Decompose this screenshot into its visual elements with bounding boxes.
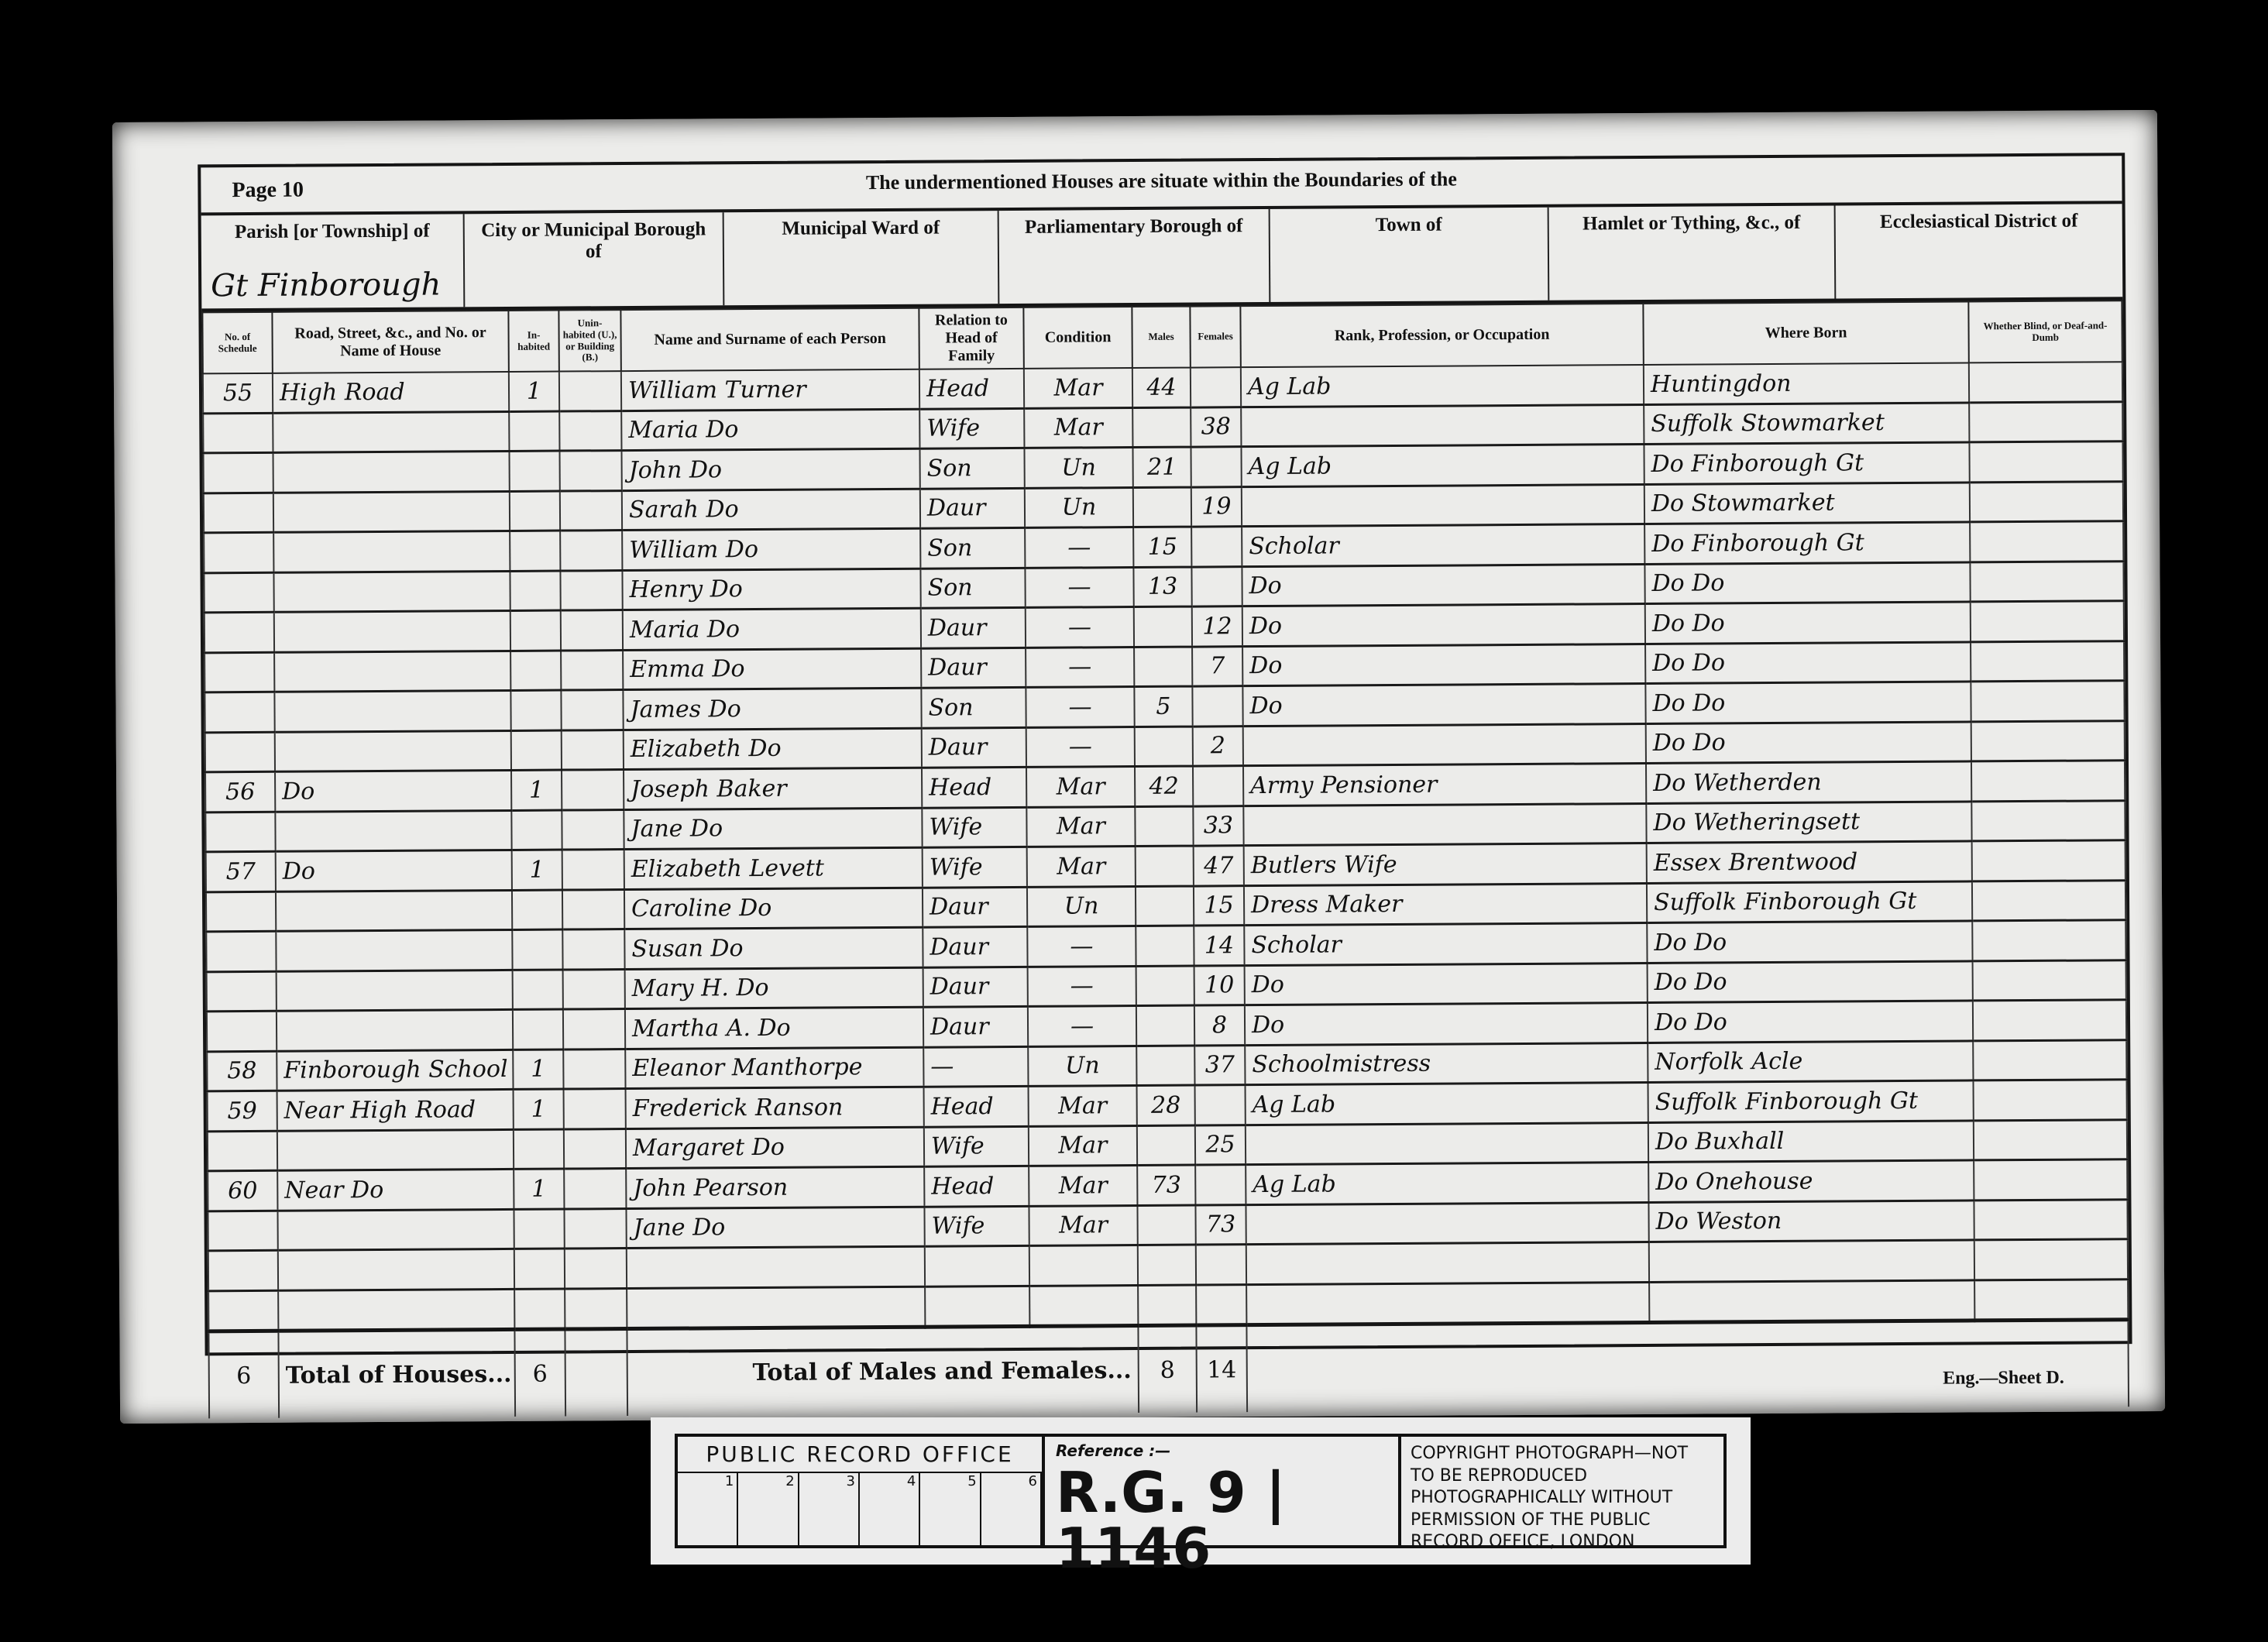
division-city: City or Municipal Borough of [465,212,725,307]
cell-name: Elizabeth Levett [624,847,923,889]
boundary-title: The undermentioned Houses are situate wi… [201,163,2122,198]
cell-female-age: 7 [1192,646,1242,686]
cell-born: Suffolk Finborough Gt [1648,1080,1974,1122]
cell-name: James Do [623,688,921,730]
cell-condition: Mar [1024,407,1132,448]
cell-uninhabited [559,451,621,491]
cell-uninhabited [562,730,624,770]
cell-road: Finborough School [277,1049,513,1091]
cell-male-age [1136,926,1194,966]
cell-female-age: 12 [1192,606,1242,647]
cell-female-age [1195,1085,1246,1125]
cell-born: Do Do [1646,721,1971,763]
cell-blind [1973,1000,2126,1041]
cell-schedule [203,413,273,453]
cell-occupation: Do [1242,604,1645,647]
cell-schedule [204,493,273,533]
cell-relation: Daur [921,607,1026,648]
cell-male-age: 73 [1137,1165,1195,1205]
cell-born: Do Do [1645,641,1971,683]
col-born: Where Born [1643,301,1968,365]
cell-blind [1973,1039,2126,1080]
cell-occupation [1243,723,1646,766]
cell-born: Do Do [1648,960,1973,1002]
cell-born: Do Do [1648,1001,1973,1043]
division-town: Town of [1270,208,1550,302]
cell-uninhabited [563,1009,625,1049]
cell-uninhabited [564,1089,626,1129]
cell-male-age [1133,487,1191,527]
cell-male-age [1136,966,1194,1006]
cell-road [273,571,510,612]
cell-blind [1972,880,2125,921]
cell-female-age [1191,527,1242,567]
cell-male-age [1137,1205,1195,1245]
cell-born [1649,1280,1974,1322]
cell-road [274,690,510,731]
cell-male-age [1136,886,1194,926]
administrative-divisions: Parish [or Township] ofGt Finborough Cit… [201,204,2123,312]
cell-uninhabited [560,570,622,610]
cell-male-age: 13 [1133,567,1191,607]
cell-born: Do Buxhall [1648,1120,1974,1162]
cell-name: Eleanor Manthorpe [625,1047,923,1089]
cell-uninhabited [562,929,624,970]
cell-male-age [1136,1005,1194,1046]
cell-name: Martha A. Do [625,1007,923,1049]
cell-schedule [204,532,273,572]
cell-schedule: 55 [203,373,273,414]
cell-occupation: Do [1245,1002,1648,1045]
col-condition: Condition [1023,307,1132,369]
cell-inhabited [514,1249,565,1289]
census-sheet: Page 10 The undermentioned Houses are si… [112,110,2165,1424]
cell-born: Do Do [1645,602,1971,644]
cell-road: Do [275,770,511,811]
cell-schedule [206,891,276,932]
cell-male-age [1132,407,1191,448]
cell-uninhabited [564,1128,626,1169]
cell-occupation [1246,1282,1649,1325]
cell-male-age [1135,806,1193,847]
cell-schedule [207,1011,277,1051]
cell-inhabited [514,1209,564,1249]
cell-road: High Road [273,372,509,413]
cell-schedule: 60 [208,1170,277,1211]
cell-condition: — [1026,727,1135,767]
cell-born: Do Do [1647,921,1972,963]
column-headers: No. of Schedule Road, Street, &c., and N… [202,301,2122,373]
cell-road [276,890,512,931]
cell-female-age: 37 [1194,1045,1245,1085]
cell-occupation: Do [1242,644,1645,686]
cell-condition: Mar [1026,806,1135,847]
cell-condition: — [1027,926,1136,967]
col-relation: Relation to Head of Family [919,307,1023,369]
cell-inhabited [510,531,560,571]
cell-name: Maria Do [621,409,919,451]
cell-name: John Do [621,448,919,490]
col-schedule: No. of Schedule [202,312,272,374]
cell-schedule [208,1211,277,1251]
cell-name [627,1246,925,1288]
cell-condition: Mar [1024,368,1132,408]
cell-condition: — [1028,1006,1136,1046]
cell-uninhabited [559,410,621,451]
office-name: PUBLIC RECORD OFFICE [678,1437,1042,1473]
cell-female-age: 38 [1191,407,1241,447]
cell-uninhabited [563,969,625,1009]
division-parliamentary-borough: Parliamentary Borough of [999,209,1271,304]
cell-condition: Un [1027,886,1136,926]
cell-condition: Mar [1029,1205,1137,1245]
cell-name: William Turner [621,369,919,410]
cell-name: Caroline Do [624,888,923,929]
cell-uninhabited [562,770,624,810]
cell-occupation: Scholar [1244,922,1647,965]
cell-relation: Head [924,1086,1029,1126]
cell-relation [925,1286,1029,1327]
cell-male-age [1137,1125,1195,1166]
cell-blind [1970,481,2123,522]
cell-born: Do Stowmarket [1644,482,1970,524]
cell-relation: Son [920,527,1025,568]
cell-relation: Son [919,448,1024,488]
cell-female-age: 14 [1194,926,1244,966]
cell-relation: Daur [923,887,1027,927]
cell-inhabited [512,890,562,930]
scale-ruler: 1 2 3 4 5 6 [678,1473,1042,1545]
cell-road [278,1289,514,1331]
cell-condition [1029,1245,1138,1286]
cell-blind [1974,1279,2128,1321]
census-form-frame: Page 10 The undermentioned Houses are si… [198,153,2132,1355]
cell-occupation [1246,1202,1648,1245]
cell-schedule [205,812,275,852]
cell-inhabited [509,451,559,491]
cell-blind [1974,1239,2128,1280]
cell-road: Do [276,850,512,891]
cell-relation: Daur [921,648,1026,688]
cell-condition [1029,1285,1138,1326]
cell-name: Jane Do [624,808,922,850]
cell-occupation [1246,1122,1648,1165]
cell-condition: Mar [1027,847,1136,887]
cell-name: Joseph Baker [624,768,922,809]
cell-condition: — [1025,527,1133,568]
cell-road [274,610,510,651]
cell-relation: Daur [920,488,1025,528]
cell-female-age: 25 [1195,1125,1246,1165]
cell-schedule: 56 [205,771,275,812]
cell-name: Margaret Do [626,1127,924,1169]
total-females: 14 [1196,1325,1247,1413]
total-schedules: 6 [208,1331,279,1418]
cell-name: Sarah Do [622,489,920,531]
cell-uninhabited [561,690,623,730]
cell-inhabited [509,411,559,452]
cell-female-age [1191,367,1241,407]
cell-occupation: Ag Lab [1246,1082,1648,1125]
cell-relation: Son [920,568,1025,608]
cell-occupation [1246,1242,1649,1284]
cell-male-age: 21 [1132,447,1191,487]
cell-male-age: 44 [1132,368,1191,407]
sheet-note: Eng.—Sheet D. [1943,1368,2064,1390]
cell-road [277,1129,514,1170]
cell-occupation: Ag Lab [1246,1162,1648,1204]
cell-relation: Daur [922,727,1026,768]
col-inhabited: In-habited [508,311,558,372]
cell-condition: — [1026,607,1134,648]
copyright-notice: COPYRIGHT PHOTOGRAPH—NOT TO BE REPRODUCE… [1401,1437,1723,1545]
cell-female-age [1195,1165,1246,1205]
cell-road [277,1009,513,1050]
cell-occupation: Do [1242,684,1645,727]
cell-road [274,651,510,692]
cell-condition: — [1026,647,1134,687]
cell-male-age: 15 [1133,527,1191,567]
cell-road [277,1209,514,1250]
cell-name: Jane Do [626,1207,924,1249]
cell-uninhabited [564,1169,626,1209]
cell-schedule: 58 [207,1051,277,1091]
cell-born: Suffolk Finborough Gt [1647,881,1972,922]
cell-uninhabited [562,889,624,929]
cell-relation [925,1245,1029,1286]
cell-road [275,730,511,771]
cell-name: Mary H. Do [625,967,923,1009]
cell-blind [1969,362,2122,402]
cell-inhabited: 1 [514,1089,564,1129]
cell-female-age [1191,447,1241,487]
cell-schedule [205,732,275,772]
cell-female-age [1196,1284,1246,1325]
cell-occupation: Dress Maker [1244,883,1647,926]
cell-condition: Mar [1029,1166,1137,1206]
cell-relation: Head [922,767,1026,807]
cell-female-age: 73 [1195,1204,1246,1245]
cell-relation: — [923,1046,1028,1087]
cell-born: Do Wetheringsett [1646,801,1971,843]
cell-inhabited: 1 [514,1169,564,1209]
cell-female-age: 33 [1193,806,1243,846]
cell-inhabited [512,929,562,970]
cell-schedule [204,692,274,732]
cell-schedule [207,971,277,1012]
cell-road [276,929,512,970]
cell-blind [1972,920,2125,961]
cell-road [273,491,510,532]
cell-occupation [1242,484,1644,527]
cell-female-age [1192,686,1242,727]
cell-born: Essex Brentwood [1647,841,1972,883]
cell-blind [1972,840,2125,881]
cell-male-age [1134,606,1192,647]
cell-schedule [208,1131,277,1171]
cell-blind [1971,761,2125,802]
cell-schedule: 59 [208,1091,277,1131]
cell-name: Frederick Ranson [626,1087,924,1128]
cell-male-age [1135,727,1193,767]
cell-occupation [1243,803,1646,846]
cell-road [273,451,510,492]
cell-relation: Wife [922,807,1026,847]
cell-schedule [204,572,273,613]
cell-road [273,411,509,452]
cell-female-age [1193,766,1243,806]
cell-born: Do Finborough Gt [1644,442,1969,484]
cell-road [273,531,510,572]
cell-condition: Mar [1029,1086,1137,1126]
cell-occupation: Ag Lab [1241,365,1644,407]
cell-inhabited [510,651,561,691]
cell-condition: Mar [1026,767,1135,807]
cell-condition: — [1026,687,1134,727]
cell-female-age [1196,1245,1246,1285]
cell-uninhabited [564,1208,626,1249]
cell-blind [1971,601,2124,642]
total-persons-label: Total of Males and Females... [627,1326,1139,1417]
cell-inhabited [510,491,560,531]
cell-uninhabited [565,1249,627,1289]
col-name: Name and Surname of each Person [620,308,919,371]
cell-inhabited: 1 [512,850,562,890]
cell-female-age: 19 [1191,486,1242,527]
col-females: Females [1190,306,1240,367]
cell-inhabited: 1 [511,770,562,810]
cell-blind [1974,1159,2127,1201]
cell-uninhabited [562,809,624,850]
cell-inhabited [511,810,562,850]
cell-name: Elizabeth Do [624,728,922,770]
col-uninhabited: Unin-habited (U.), or Building (B.) [558,310,620,371]
cell-born: Do Weston [1648,1200,1974,1242]
cell-name: Susan Do [624,927,923,969]
cell-occupation: Scholar [1242,524,1644,567]
cell-uninhabited [560,490,622,531]
cell-schedule [204,452,273,493]
cell-name: Emma Do [623,648,921,690]
cell-uninhabited [560,531,622,571]
cell-road [278,1249,514,1290]
cell-schedule [204,612,274,652]
cell-blind [1970,561,2123,602]
cell-male-age [1138,1285,1196,1326]
cell-blind [1974,1199,2127,1240]
total-males: 8 [1138,1325,1197,1413]
division-hamlet: Hamlet or Tything, &c., of [1549,205,1837,300]
cell-relation: Daur [923,926,1027,967]
cell-born: Do Do [1645,682,1971,723]
cell-blind [1971,720,2125,761]
cell-born: Do Do [1644,562,1970,603]
cell-blind [1971,681,2124,722]
cell-female-age [1191,566,1242,606]
totals-row: 6 Total of Houses... 6 Total of Males an… [208,1320,2129,1419]
reference-number: R.G. 9 | 1146 [1056,1465,1387,1576]
cell-blind [1974,1119,2127,1160]
cell-relation: Daur [923,1006,1028,1046]
cell-occupation: Army Pensioner [1243,763,1646,806]
cell-schedule [206,931,276,971]
cell-relation: Wife [919,408,1024,448]
cell-born: Do Finborough Gt [1644,522,1970,564]
cell-schedule [208,1290,278,1331]
cell-uninhabited [559,371,621,410]
cell-road [275,810,511,851]
cell-relation: Head [924,1166,1029,1206]
cell-born: Suffolk Stowmarket [1644,402,1969,444]
cell-inhabited: 1 [509,372,559,411]
division-ecclesiastical: Ecclesiastical District of [1836,204,2123,298]
cell-condition: — [1028,966,1136,1006]
cell-born: Norfolk Acle [1648,1040,1973,1082]
cell-schedule [204,652,274,692]
cell-male-age: 42 [1135,766,1193,806]
cell-inhabited: 1 [513,1049,563,1090]
public-record-office-stamp: PUBLIC RECORD OFFICE 1 2 3 4 5 6 Referen… [651,1417,1751,1565]
cell-condition: Un [1024,448,1132,488]
cell-uninhabited [561,610,623,651]
cell-blind [1969,441,2122,483]
cell-occupation: Schoolmistress [1245,1043,1648,1085]
cell-inhabited [514,1289,565,1330]
cell-name: William Do [622,528,920,570]
cell-relation: Head [919,369,1024,409]
cell-schedule [208,1250,278,1290]
cell-condition: Un [1025,487,1133,527]
cell-male-age: 28 [1137,1085,1195,1125]
cell-born: Huntingdon [1644,362,1969,404]
cell-road: Near Do [277,1169,514,1210]
cell-uninhabited [563,1049,625,1089]
col-occupation: Rank, Profession, or Occupation [1240,304,1643,367]
cell-blind [1973,1080,2126,1121]
cell-name: John Pearson [626,1166,924,1208]
cell-inhabited [510,571,560,611]
cell-relation: Wife [923,847,1027,887]
cell-uninhabited [565,1288,627,1329]
division-parish: Parish [or Township] ofGt Finborough [201,214,466,308]
cell-female-age: 47 [1194,846,1244,886]
cell-inhabited [511,730,562,771]
cell-blind [1973,960,2126,1001]
cell-name [627,1286,925,1329]
cell-occupation: Ag Lab [1241,445,1644,487]
cell-condition: — [1025,567,1133,607]
cell-relation: Son [921,687,1026,727]
cell-born: Do Onehouse [1648,1160,1974,1202]
cell-male-age: 5 [1134,686,1192,727]
cell-road: Near High Road [277,1089,514,1130]
census-table: No. of Schedule Road, Street, &c., and N… [201,300,2129,1418]
cell-occupation [1241,404,1644,447]
cell-male-age [1134,647,1192,687]
cell-male-age [1136,846,1194,886]
cell-inhabited [510,690,561,730]
cell-name: Maria Do [623,608,921,650]
cell-inhabited [514,1129,564,1170]
col-road: Road, Street, &c., and No. or Name of Ho… [272,311,508,373]
cell-occupation: Do [1242,564,1644,606]
division-ward: Municipal Ward of [724,211,1000,305]
cell-occupation: Do [1245,963,1648,1005]
cell-relation: Wife [924,1206,1029,1246]
cell-female-age: 2 [1193,726,1243,766]
cell-uninhabited [561,650,623,690]
cell-male-age [1138,1245,1196,1285]
